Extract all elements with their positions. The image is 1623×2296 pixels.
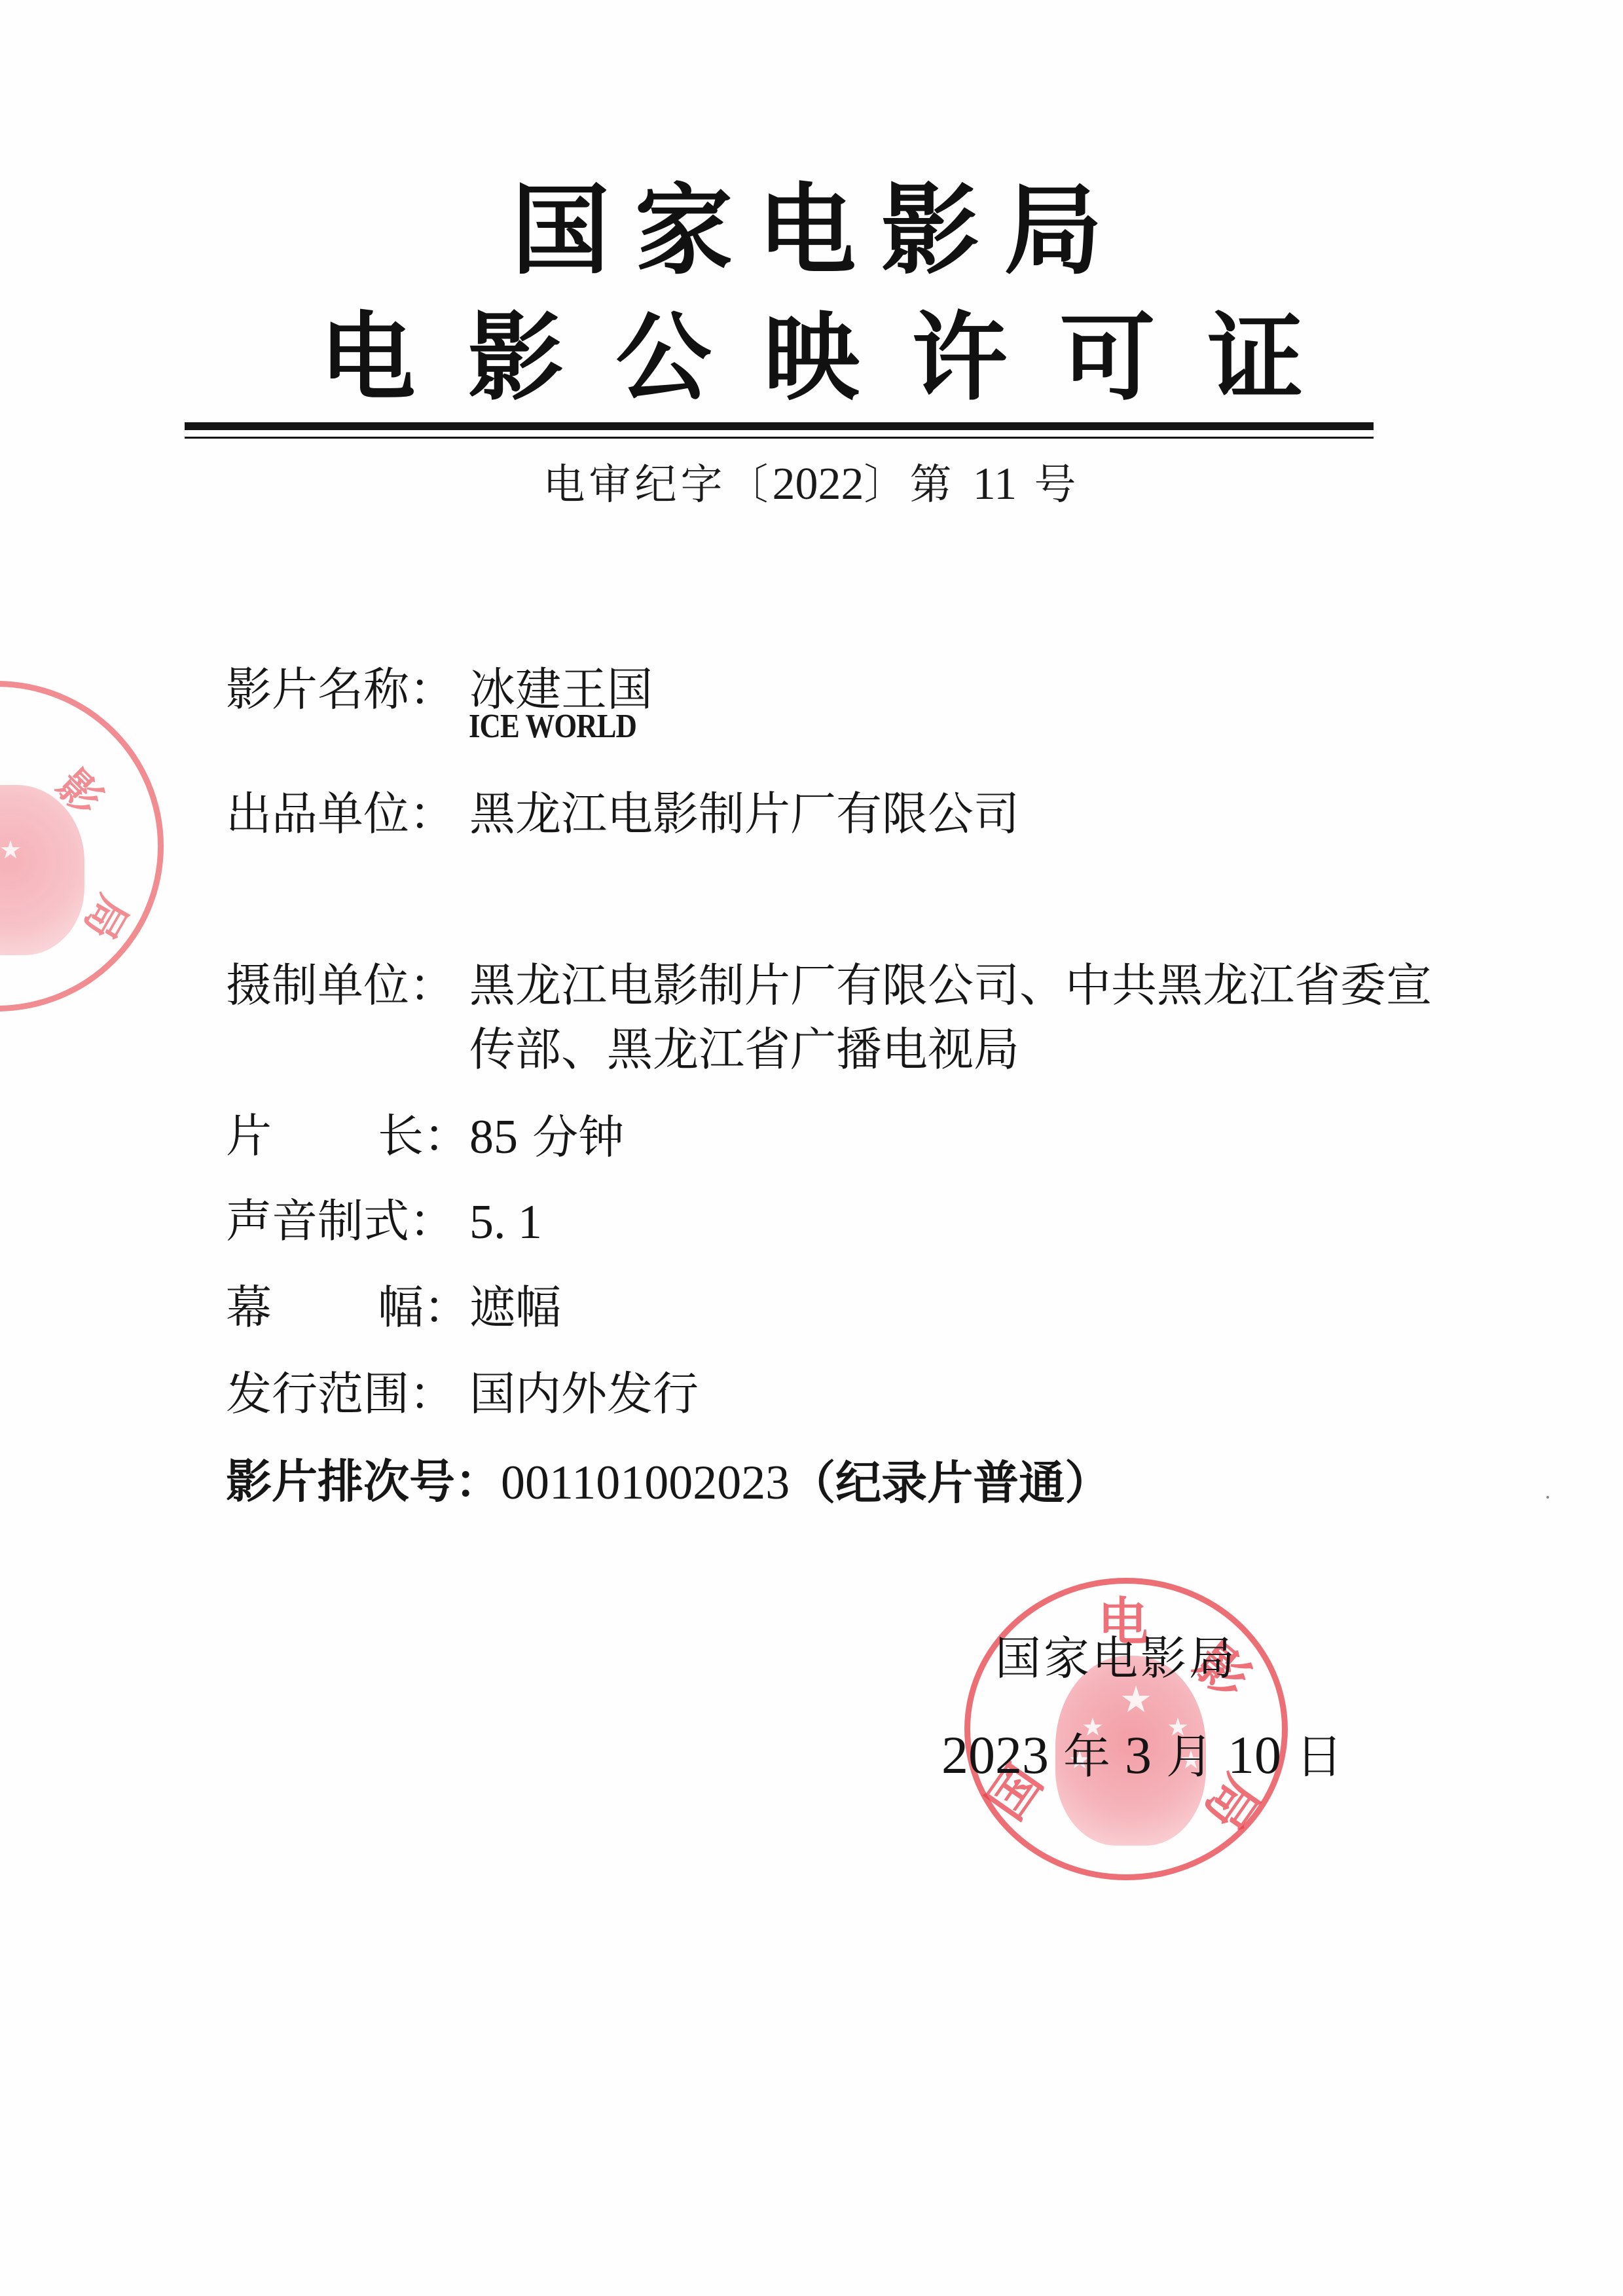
doc-number-bracket-close: 〕 — [864, 461, 909, 509]
field-label: 摄制单位： — [226, 962, 469, 1008]
aspect-value: 遮幅 — [469, 1285, 561, 1330]
doc-number-value: 11 — [973, 459, 1017, 509]
doc-number-di: 第 — [909, 461, 955, 509]
label-part: 片 — [226, 1113, 272, 1159]
field-sound-format: 声音制式：5. 1 — [226, 1198, 542, 1247]
film-name-english: ICE WORLD — [469, 707, 636, 746]
document-number: 电审纪字〔2022〕第 11 号 — [0, 462, 1623, 507]
producer-value: 黑龙江电影制片厂有限公司 — [469, 791, 1019, 837]
field-producer: 出品单位：黑龙江电影制片厂有限公司 — [226, 791, 1019, 837]
film-name-value: 冰建王国 — [469, 666, 653, 712]
field-serial: 影片排次号：001101002023（纪录片普通） — [226, 1459, 1110, 1507]
date-month: 3 — [1125, 1725, 1152, 1785]
field-label: 影片名称： — [226, 666, 469, 712]
duration-unit: 分钟 — [532, 1110, 624, 1164]
date-day: 10 — [1228, 1725, 1281, 1785]
field-label: 幕幅： — [226, 1285, 469, 1330]
issuer-title: 国家电影局 — [0, 182, 1623, 280]
field-duration: 片长：85 分钟 — [226, 1113, 624, 1161]
field-production-units: 摄制单位：黑龙江电影制片厂有限公司、中共黑龙江省委宣 — [226, 962, 1432, 1008]
star-icon: ★ — [1120, 1682, 1152, 1719]
serial-note: （纪录片普通） — [790, 1455, 1110, 1510]
production-units-value-line2: 传部、黑龙江省广播电视局 — [469, 1027, 1019, 1072]
production-units-value-line1: 黑龙江电影制片厂有限公司、中共黑龙江省委宣 — [469, 962, 1432, 1008]
serial-number: 001101002023 — [501, 1456, 790, 1510]
scan-dust — [1546, 1496, 1549, 1499]
field-label: 声音制式： — [226, 1198, 469, 1244]
issue-date: 2023年3月10日 — [941, 1728, 1343, 1782]
date-month-unit: 月 — [1166, 1729, 1213, 1784]
date-day-unit: 日 — [1296, 1729, 1343, 1784]
date-year: 2023 — [941, 1725, 1049, 1785]
date-year-unit: 年 — [1063, 1729, 1110, 1784]
field-label: 影片排次号： — [226, 1454, 501, 1508]
issuer-signature: 国家电影局 — [995, 1635, 1237, 1681]
doc-number-year: 2022 — [772, 459, 864, 509]
field-label: 发行范围： — [226, 1371, 469, 1417]
distribution-value: 国内外发行 — [469, 1371, 699, 1417]
label-part: 幅： — [378, 1285, 469, 1330]
field-distribution: 发行范围：国内外发行 — [226, 1371, 699, 1417]
field-label: 片长： — [226, 1113, 469, 1159]
doc-number-bracket-open: 〔 — [726, 461, 772, 509]
field-label: 出品单位： — [226, 791, 469, 837]
document-title: 电影公映许可证 — [0, 310, 1623, 406]
sound-format-value: 5. 1 — [469, 1198, 542, 1247]
title-rule-thick — [185, 422, 1374, 430]
official-seal-partial: 影 局 ★ — [0, 681, 164, 1011]
duration-number: 85 — [469, 1110, 518, 1164]
doc-number-hao: 号 — [1034, 461, 1080, 509]
seal-char: 局 — [77, 888, 134, 945]
label-part: 幕 — [226, 1285, 272, 1330]
serial-value: 001101002023（纪录片普通） — [501, 1459, 1110, 1507]
doc-number-prefix: 电审纪字 — [543, 461, 726, 509]
title-rule-thin — [185, 437, 1374, 439]
duration-value: 85 分钟 — [469, 1113, 624, 1161]
license-page: 国家电影局 电影公映许可证 电审纪字〔2022〕第 11 号 影片名称：冰建王国… — [0, 0, 1623, 2296]
field-film-name: 影片名称：冰建王国 — [226, 666, 653, 712]
star-icon: ★ — [0, 837, 22, 862]
field-aspect: 幕幅：遮幅 — [226, 1285, 561, 1330]
label-part: 长： — [378, 1113, 469, 1159]
